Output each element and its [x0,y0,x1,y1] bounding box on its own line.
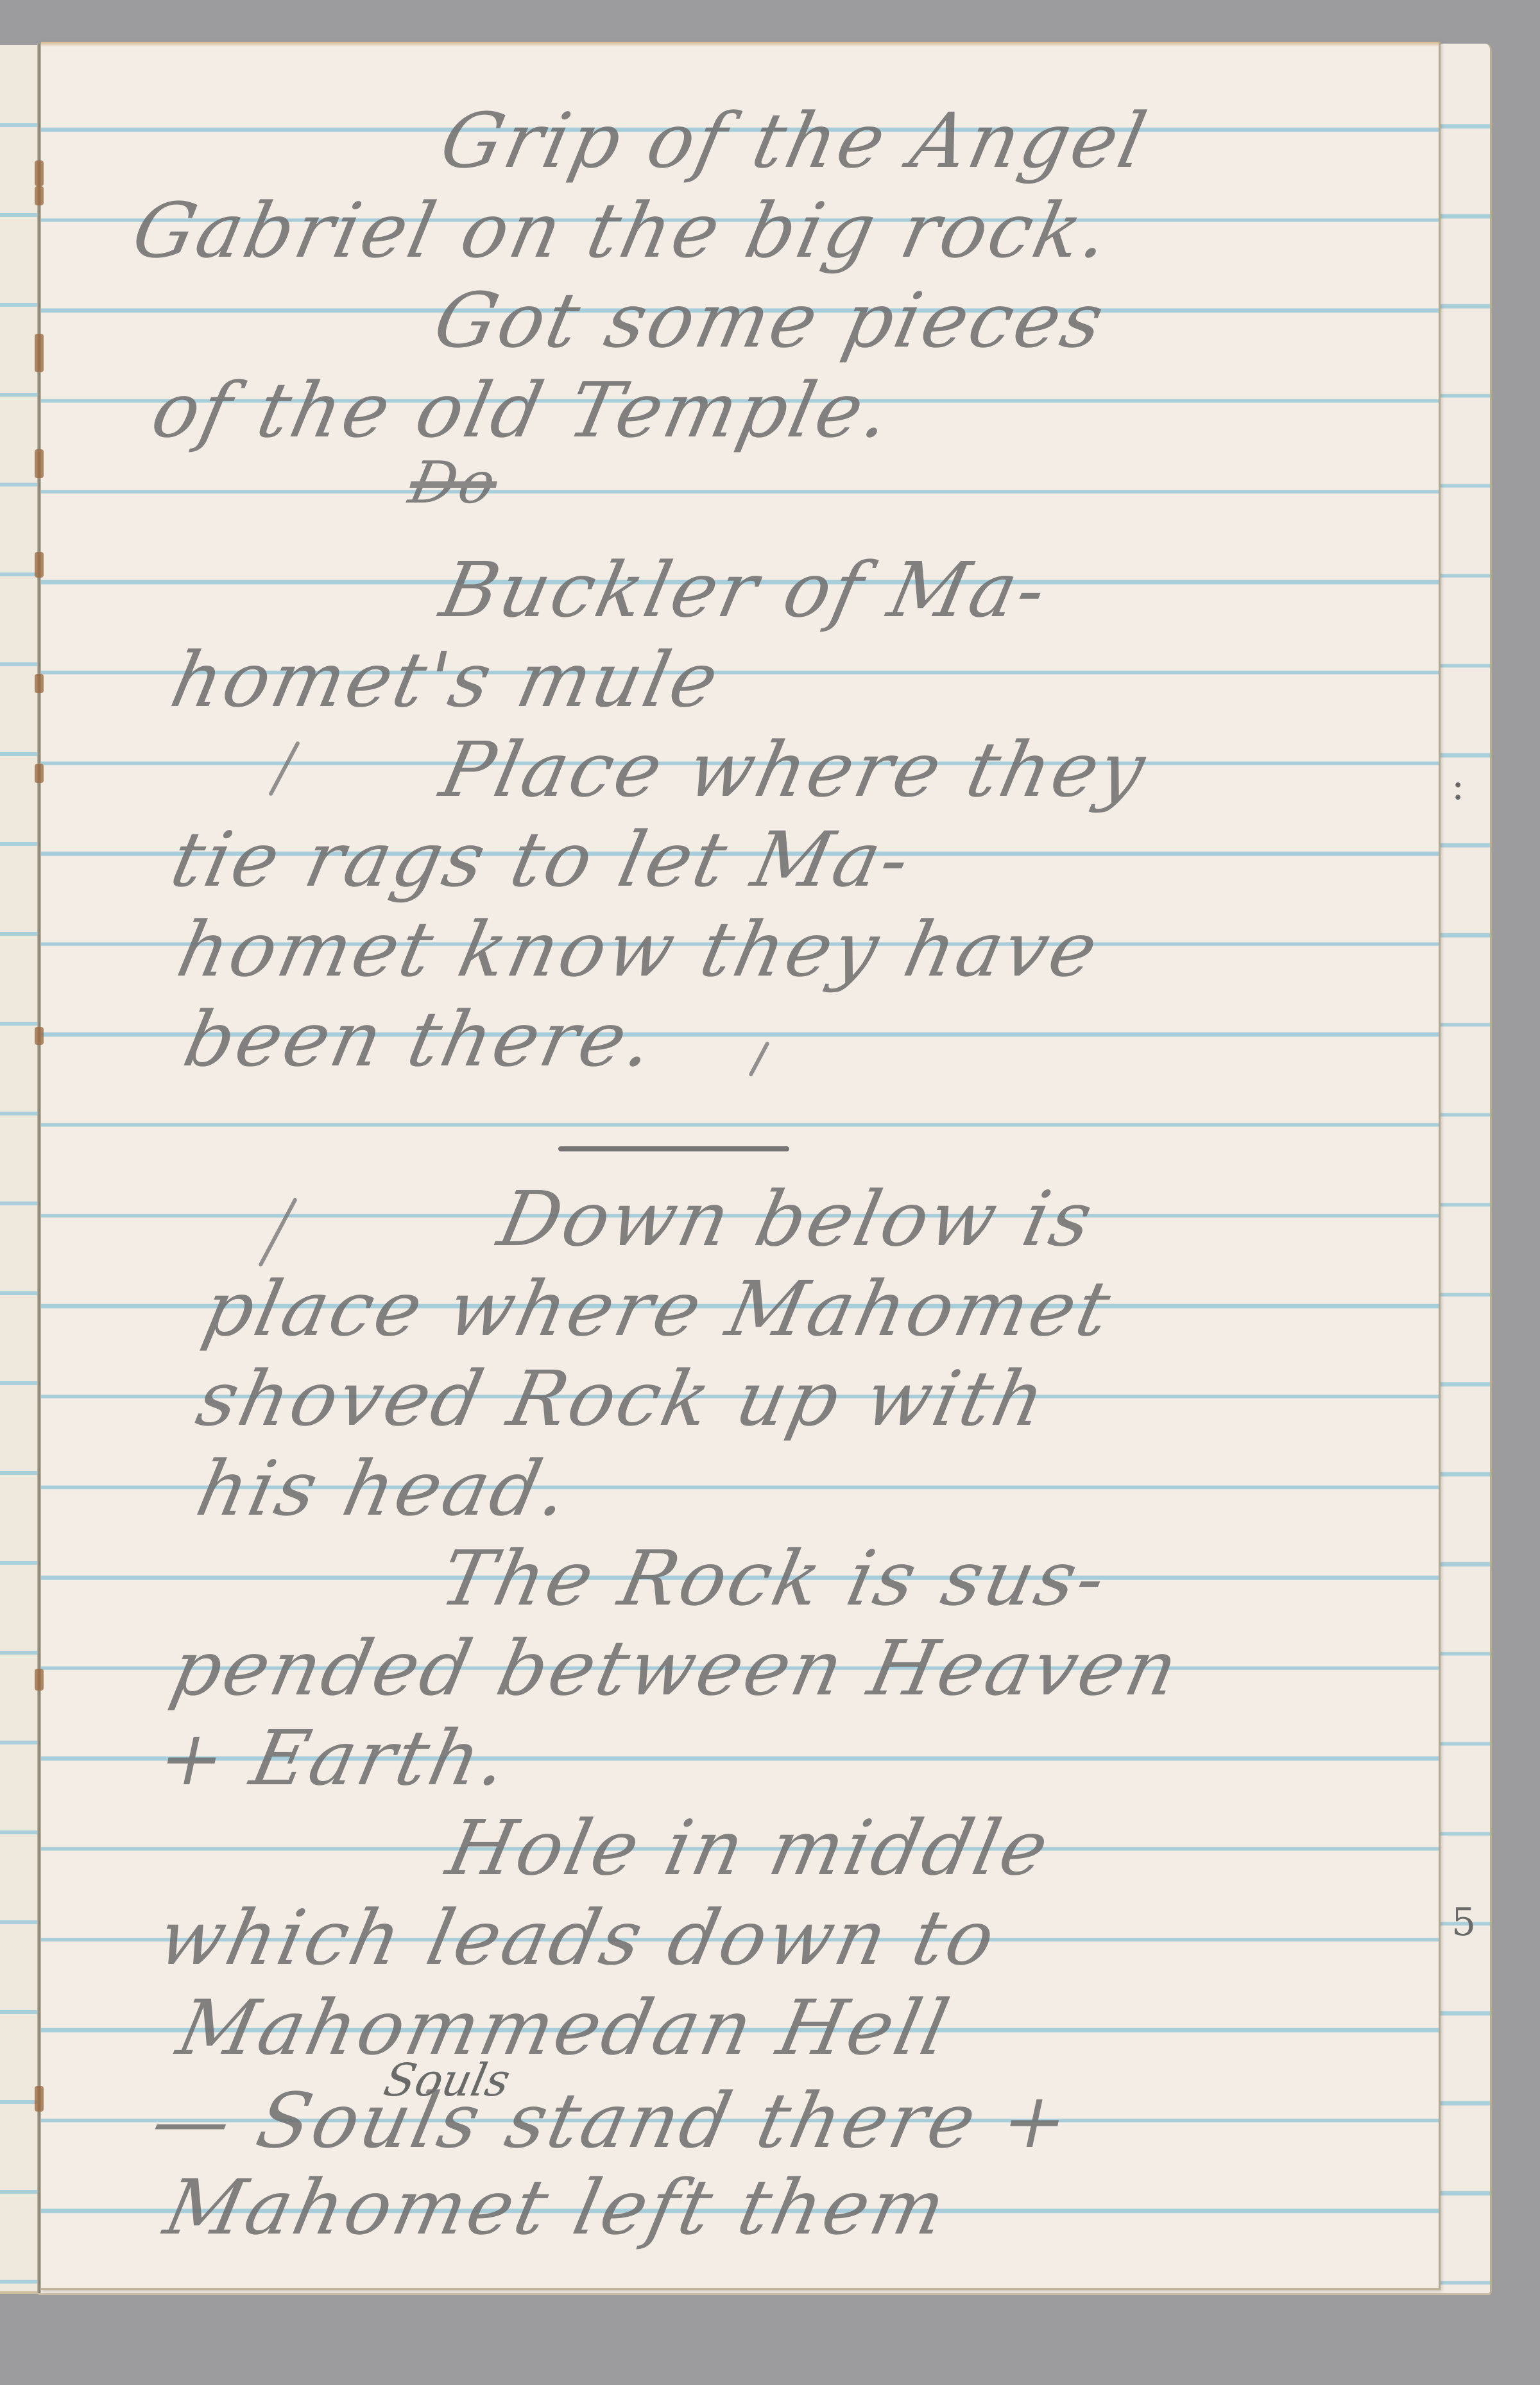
rust-stain [35,186,44,205]
handwriting-line: + Earth. [151,1714,518,1802]
handwriting-line: place where Mahomet [196,1264,1120,1353]
handwriting-line: Gabriel on the big rock. [125,186,1119,275]
handwriting-line: Mahommedan Hell [170,1983,959,2072]
edge-mark: : [1451,764,1464,809]
rust-stain [35,2086,44,2112]
handwriting-line: homet's mule [164,635,728,724]
handwriting-line: Got some pieces [427,276,1113,365]
section-separator [558,1146,789,1151]
handwriting-line: Place where they [433,725,1155,814]
edge-mark: 5 [1451,1900,1476,1945]
handwriting-line: Buckler of Ma- [433,546,1056,634]
rust-stain [35,334,44,372]
handwriting-line: tie rags to let Ma- [164,815,920,904]
rust-stain [35,674,44,693]
notebook-spine [37,44,41,2293]
rust-stain [35,764,44,783]
handwriting-line: pended between Heaven [164,1624,1188,1712]
rust-stain [35,1669,44,1691]
handwriting-line: homet know they have [170,905,1107,994]
handwriting-line: shoved Rock up with [189,1354,1055,1443]
handwriting-line: of the old Temple. [144,366,900,454]
handwriting-line: been there. [176,995,663,1083]
handwriting-line: Down below is [491,1175,1102,1263]
handwriting-line: his head. [189,1444,578,1533]
handwriting-line: — Souls stand there + [144,2076,1079,2165]
rust-stain [35,1027,44,1045]
handwriting-line: Hole in middle [440,1804,1058,1892]
handwriting-line: The Rock is sus- [433,1534,1115,1623]
handwriting-line: Grip of the Angel [433,96,1156,185]
top-edge-stain [41,42,1439,47]
handwriting-line: Mahomet left them [157,2163,955,2252]
facing-page-edge [0,45,40,2294]
rust-stain [35,552,44,578]
handwriting-line: which leads down to [151,1893,1005,1982]
struck-word: Do [404,449,504,517]
rust-stain [35,160,44,186]
rust-stain [35,449,44,478]
